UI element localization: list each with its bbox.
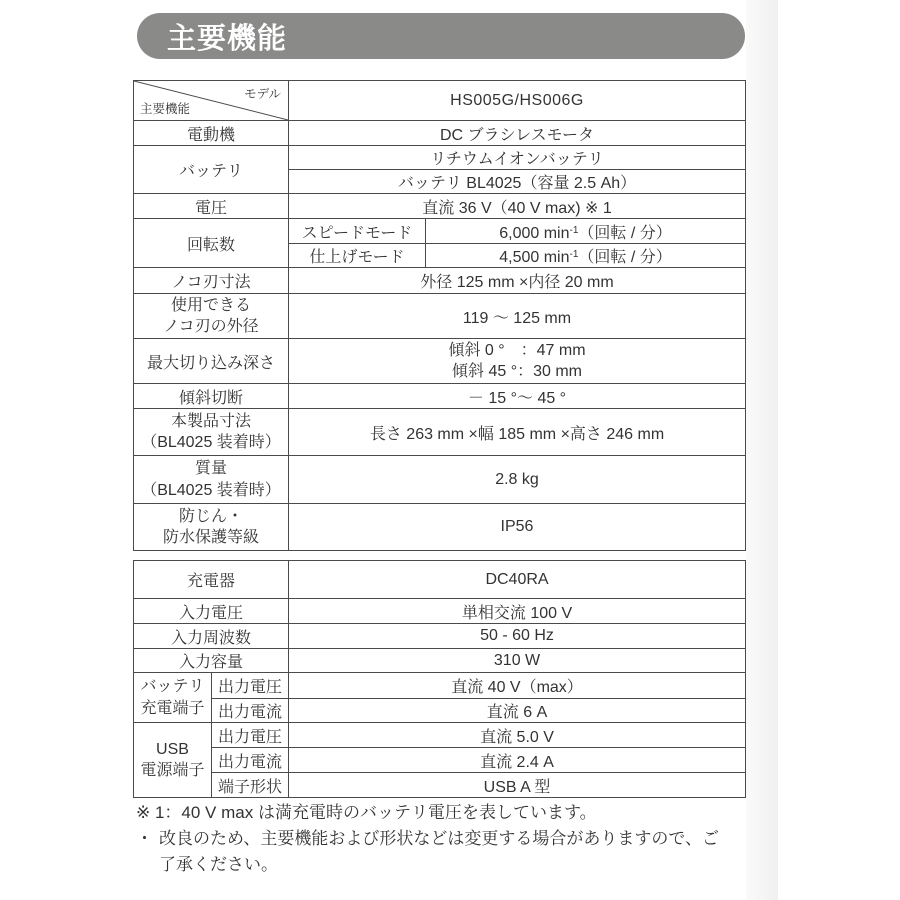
charger-spec-table: 充電器 DC40RA 入力電圧 単相交流 100 V 入力周波数 50 - 60… bbox=[133, 560, 746, 798]
charger-value: DC40RA bbox=[289, 561, 746, 599]
finish-mode-value-main: 4,500 min bbox=[499, 249, 569, 266]
table-row: 最大切り込み深さ 傾斜 0 ° ：47 mm 傾斜 45 °：30 mm bbox=[134, 339, 746, 384]
table-row: 電動機 DC ブラシレスモータ bbox=[134, 121, 746, 146]
footnote-disclaimer-text: 改良のため、主要機能および形状などは変更する場合がありますので、ご 了承ください… bbox=[159, 826, 760, 878]
table-row: 端子形状 USB A 型 bbox=[134, 773, 746, 798]
voltage-label: 電圧 bbox=[134, 194, 289, 219]
usb-output-current-label: 出力電流 bbox=[212, 748, 289, 773]
blade-size-value: 外径 125 mm ×内径 20 mm bbox=[289, 268, 746, 294]
footnote-disclaimer: ・ 改良のため、主要機能および形状などは変更する場合がありますので、ご 了承くだ… bbox=[136, 826, 760, 878]
battery-terminal-output-current-label: 出力電流 bbox=[212, 699, 289, 723]
usb-output-current-value: 直流 2.4 A bbox=[289, 748, 746, 773]
usb-terminal-label: USB 電源端子 bbox=[134, 723, 212, 798]
table-row: 充電器 DC40RA bbox=[134, 561, 746, 599]
speed-mode-label: スピードモード bbox=[289, 219, 426, 244]
table-row: 電圧 直流 36 V（40 V max) ※ 1 bbox=[134, 194, 746, 219]
dimensions-value: 長さ 263 mm ×幅 185 mm ×高さ 246 mm bbox=[289, 409, 746, 456]
section-title: 主要機能 bbox=[137, 16, 287, 57]
speed-mode-value-unit: （回転 / 分） bbox=[578, 225, 671, 242]
usb-terminal-shape-value: USB A 型 bbox=[289, 773, 746, 798]
input-frequency-value: 50 - 60 Hz bbox=[289, 624, 746, 649]
table-row: ノコ刃寸法 外径 125 mm ×内径 20 mm bbox=[134, 268, 746, 294]
voltage-value: 直流 36 V（40 V max) ※ 1 bbox=[289, 194, 746, 219]
finish-mode-value-unit: （回転 / 分） bbox=[578, 249, 671, 266]
speed-mode-value: 6,000 min-1（回転 / 分） bbox=[426, 219, 746, 244]
input-voltage-value: 単相交流 100 V bbox=[289, 599, 746, 624]
table-row: 入力容量 310 W bbox=[134, 649, 746, 673]
protection-label: 防じん・ 防水保護等級 bbox=[134, 504, 289, 551]
table-row: 回転数 スピードモード 6,000 min-1（回転 / 分） bbox=[134, 219, 746, 244]
bevel-label: 傾斜切断 bbox=[134, 384, 289, 409]
corner-header-cell: モデル 主要機能 bbox=[134, 81, 289, 121]
corner-label-model: モデル bbox=[244, 84, 281, 102]
weight-label: 質量 （BL4025 装着時） bbox=[134, 456, 289, 504]
table-row: バッテリ リチウムイオンバッテリ bbox=[134, 146, 746, 170]
battery-terminal-output-voltage-label: 出力電圧 bbox=[212, 673, 289, 699]
table-row: バッテリ 充電端子 出力電圧 直流 40 V（max） bbox=[134, 673, 746, 699]
usable-blade-label: 使用できる ノコ刃の外径 bbox=[134, 294, 289, 339]
blade-size-label: ノコ刃寸法 bbox=[134, 268, 289, 294]
motor-label: 電動機 bbox=[134, 121, 289, 146]
table-row: 防じん・ 防水保護等級 IP56 bbox=[134, 504, 746, 551]
table-row: 使用できる ノコ刃の外径 119 ～ 125 mm bbox=[134, 294, 746, 339]
table-row: 入力周波数 50 - 60 Hz bbox=[134, 624, 746, 649]
footnotes: ※ 1：40 V max は満充電時のバッテリ電圧を表しています。 ・ 改良のた… bbox=[136, 800, 760, 878]
usb-output-voltage-label: 出力電圧 bbox=[212, 723, 289, 748]
table-row: 本製品寸法 （BL4025 装着時） 長さ 263 mm ×幅 185 mm ×… bbox=[134, 409, 746, 456]
usable-blade-value: 119 ～ 125 mm bbox=[289, 294, 746, 339]
finish-mode-value: 4,500 min-1（回転 / 分） bbox=[426, 244, 746, 268]
input-frequency-label: 入力周波数 bbox=[134, 624, 289, 649]
battery-terminal-output-voltage-value: 直流 40 V（max） bbox=[289, 673, 746, 699]
scan-edge-shading bbox=[746, 0, 778, 900]
protection-value: IP56 bbox=[289, 504, 746, 551]
table-row: USB 電源端子 出力電圧 直流 5.0 V bbox=[134, 723, 746, 748]
motor-value: DC ブラシレスモータ bbox=[289, 121, 746, 146]
spec-sheet-page: { "title_bar": { "label": "主要機能" }, "mai… bbox=[0, 0, 900, 900]
rotation-label: 回転数 bbox=[134, 219, 289, 268]
input-capacity-label: 入力容量 bbox=[134, 649, 289, 673]
table-row: モデル 主要機能 HS005G/HS006G bbox=[134, 81, 746, 121]
bevel-value: － 15 °～ 45 ° bbox=[289, 384, 746, 409]
finish-mode-label: 仕上げモード bbox=[289, 244, 426, 268]
table-row: 出力電流 直流 2.4 A bbox=[134, 748, 746, 773]
section-title-bar: 主要機能 bbox=[137, 13, 745, 59]
battery-pack-value: バッテリ BL4025（容量 2.5 Ah） bbox=[289, 170, 746, 194]
charger-label: 充電器 bbox=[134, 561, 289, 599]
input-voltage-label: 入力電圧 bbox=[134, 599, 289, 624]
weight-value: 2.8 kg bbox=[289, 456, 746, 504]
corner-label-main-features: 主要機能 bbox=[140, 99, 190, 117]
table-row: 質量 （BL4025 装着時） 2.8 kg bbox=[134, 456, 746, 504]
main-spec-table: モデル 主要機能 HS005G/HS006G 電動機 DC ブラシレスモータ バ… bbox=[133, 80, 746, 551]
usb-output-voltage-value: 直流 5.0 V bbox=[289, 723, 746, 748]
battery-terminal-label: バッテリ 充電端子 bbox=[134, 673, 212, 723]
max-depth-value: 傾斜 0 ° ：47 mm 傾斜 45 °：30 mm bbox=[289, 339, 746, 384]
footnote-voltage-note: ※ 1：40 V max は満充電時のバッテリ電圧を表しています。 bbox=[136, 800, 760, 826]
input-capacity-value: 310 W bbox=[289, 649, 746, 673]
usb-terminal-shape-label: 端子形状 bbox=[212, 773, 289, 798]
table-row: 傾斜切断 － 15 °～ 45 ° bbox=[134, 384, 746, 409]
battery-terminal-output-current-value: 直流 6 A bbox=[289, 699, 746, 723]
battery-type-value: リチウムイオンバッテリ bbox=[289, 146, 746, 170]
speed-mode-value-main: 6,000 min bbox=[499, 225, 569, 242]
table-row: 入力電圧 単相交流 100 V bbox=[134, 599, 746, 624]
table-row: 出力電流 直流 6 A bbox=[134, 699, 746, 723]
dimensions-label: 本製品寸法 （BL4025 装着時） bbox=[134, 409, 289, 456]
battery-label: バッテリ bbox=[134, 146, 289, 194]
model-value: HS005G/HS006G bbox=[289, 81, 746, 121]
footnote-bullet: ・ bbox=[136, 826, 159, 852]
max-depth-label: 最大切り込み深さ bbox=[134, 339, 289, 384]
